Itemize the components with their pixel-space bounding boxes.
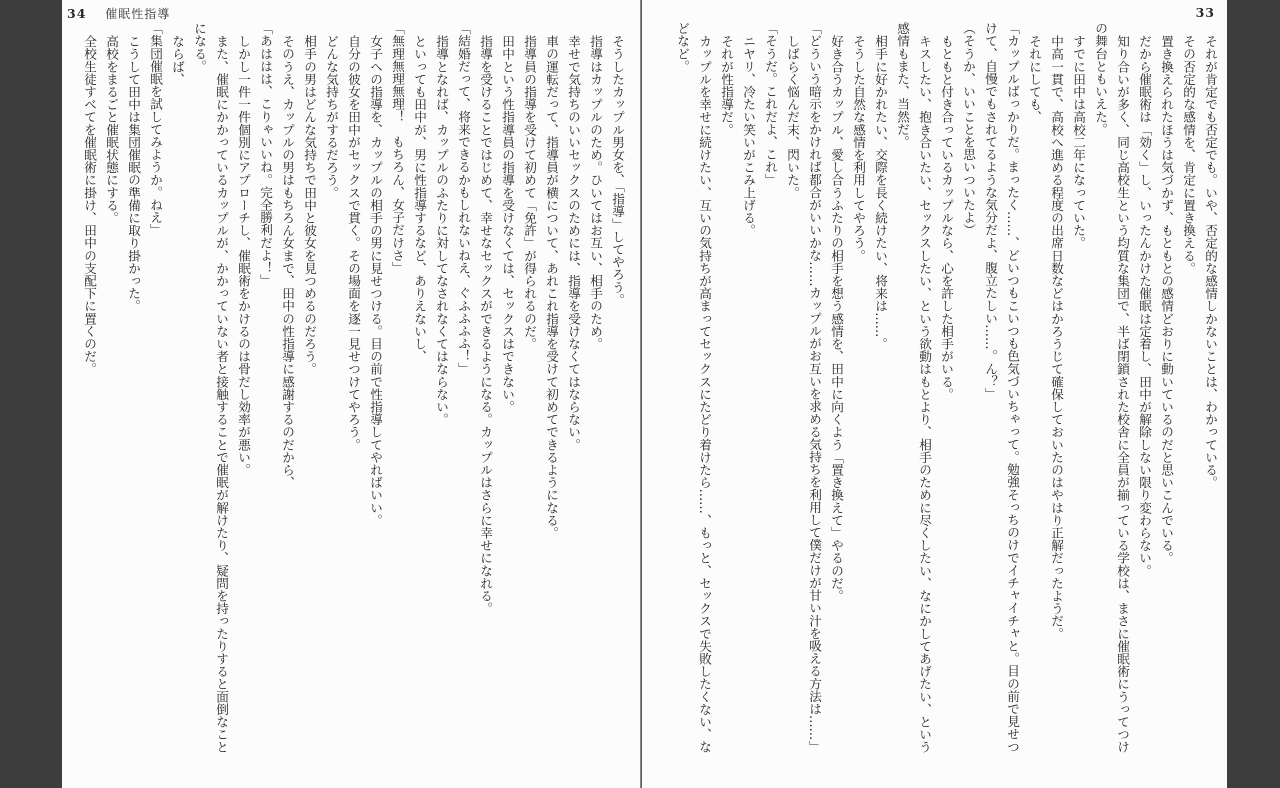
book-spread: 34 催眠性指導 そうしたカップル男女を、「指導」してやろう。指導はカップルのた… bbox=[0, 0, 1280, 788]
running-title: 催眠性指導 bbox=[105, 7, 170, 21]
page-number-left: 34 bbox=[67, 6, 86, 21]
text-line: 「結婚だって、将来できるかもしれないねえ、ぐふふふふ！」 bbox=[452, 22, 474, 764]
text-line: それにしても、 bbox=[1023, 22, 1045, 764]
text-line: そうした自然な感情を利用してやろう。 bbox=[847, 22, 869, 764]
text-line: その否定的な感情を、肯定に置き換える。 bbox=[1177, 22, 1199, 764]
page-33: 33 それが肯定でも否定でも。いや、否定的な感情しかないことは、わかっている。そ… bbox=[642, 0, 1227, 788]
text-line: 全校生徒すべてを催眠術に掛け、田中の支配下に置くのだ。 bbox=[78, 22, 100, 764]
text-line: 「集団催眠を試してみようか。ねえ」 bbox=[144, 22, 166, 764]
text-line: 「そうだ。これだよ、これ」 bbox=[759, 22, 781, 764]
text-line: どんな気持ちがするだろう。 bbox=[320, 22, 342, 764]
text-line: 指導員の指導を受けて初めて「免許」が得られるのだ。 bbox=[518, 22, 540, 764]
text-line: しばらく悩んだ末、閃いた。 bbox=[781, 22, 803, 764]
text-line: 指導を受けることではじめて、幸せなセックスができるようになる。カップルはさらに幸… bbox=[474, 22, 496, 764]
text-line: 指導はカップルのため。ひいてはお互い、相手のため。 bbox=[584, 22, 606, 764]
text-line: 「カップルばっかりだ。まったく……、どいつもこいつも色気づいちゃって。勉強そっち… bbox=[979, 22, 1023, 764]
text-line: 「あははは、こりゃいいね。完全勝利だよ！」 bbox=[254, 22, 276, 764]
text-line: カップルを幸せに続けたい、互いの気持ちが高まってセックスにたどり着けたら……、も… bbox=[671, 22, 715, 764]
page-34-text: そうしたカップル男女を、「指導」してやろう。指導はカップルのため。ひいてはお互い… bbox=[74, 22, 628, 764]
text-line: 女子への指導を、カップルの相手の男に見せつける。目の前で性指導してやればいい。 bbox=[364, 22, 386, 764]
text-line: すでに田中は高校二年になっていた。 bbox=[1067, 22, 1089, 764]
text-line: 「どういう暗示をかければ都合がいいかな……カップルがお互いを求める気持ちを利用し… bbox=[803, 22, 825, 764]
text-line: それが肯定でも否定でも。いや、否定的な感情しかないことは、わかっている。 bbox=[1199, 22, 1221, 764]
text-line: 相手に好かれたい、交際を長く続けたい、将来は……。 bbox=[869, 22, 891, 764]
text-line: 幸せで気持ちのいいセックスのためには、指導を受けなくてはならない。 bbox=[562, 22, 584, 764]
text-line: といっても田中が、男に性指導するなど、ありえないし、 bbox=[408, 22, 430, 764]
text-line: 好き合うカップル、愛し合うふたりの相手を想う感情を、田中に向くよう「置き換えて」… bbox=[825, 22, 847, 764]
text-line: 「無理無理無理！ もちろん、女子だけさ」 bbox=[386, 22, 408, 764]
page-number-right: 33 bbox=[1196, 5, 1215, 20]
text-line: そうしたカップル男女を、「指導」してやろう。 bbox=[606, 22, 628, 764]
text-line: しかし一件一件個別にアプローチし、催眠術をかけるのは骨だし効率が悪い。 bbox=[232, 22, 254, 764]
text-line: 置き換えられたほうは気づかず、もともとの感情どおりに動いているのだと思いこんでい… bbox=[1155, 22, 1177, 764]
text-line: キスしたい、抱き合いたい、セックスしたい、という欲動はもとより、相手のために尽く… bbox=[891, 22, 935, 764]
text-line: ニヤリ、冷たい笑いがこみ上げる。 bbox=[737, 22, 759, 764]
text-line: そのうえ、カップルの男はもちろん女まで、田中の性指導に感謝するのだから、 bbox=[276, 22, 298, 764]
text-line: 自分の彼女を田中がセックスで貫く。その場面を逐一見せつけてやろう。 bbox=[342, 22, 364, 764]
text-line: 相手の男はどんな気持ちで田中と彼女を見つめるのだろう。 bbox=[298, 22, 320, 764]
text-line: 車の運転だって、指導員が横について、あれこれ指導を受けて初めてできるようになる。 bbox=[540, 22, 562, 764]
text-line: 中高一貫で、高校へ進める程度の出席日数などはかろうじて確保しておいたのはやはり正… bbox=[1045, 22, 1067, 764]
page-33-header: 33 bbox=[1196, 5, 1215, 20]
text-line: だから催眠術は「効く」し、いったんかけた催眠は定着し、田中が解除しない限り変わら… bbox=[1133, 22, 1155, 764]
text-line: 指導となれば、カップルのふたりに対してなされなくてはならない。 bbox=[430, 22, 452, 764]
page-34-header: 34 催眠性指導 bbox=[67, 5, 170, 22]
text-line: 田中という性指導員の指導を受けなくては、セックスはできない。 bbox=[496, 22, 518, 764]
text-line: それが性指導だ。 bbox=[715, 22, 737, 764]
text-line: もともと付き合っているカップルなら、心を許した相手がいる。 bbox=[935, 22, 957, 764]
text-line: こうして田中は集団催眠の準備に取り掛かった。 bbox=[122, 22, 144, 764]
text-line: また、催眠にかかっているカップルが、かかっていない者と接触することで催眠が解けた… bbox=[188, 22, 232, 764]
text-line: （そうか、いいことを思いついたよ） bbox=[957, 22, 979, 764]
page-34: 34 催眠性指導 そうしたカップル男女を、「指導」してやろう。指導はカップルのた… bbox=[62, 0, 640, 788]
text-line: ならば、 bbox=[166, 22, 188, 764]
page-33-text: それが肯定でも否定でも。いや、否定的な感情しかないことは、わかっている。その否定… bbox=[667, 22, 1221, 764]
text-line: 高校をまるごと催眠状態にする。 bbox=[100, 22, 122, 764]
text-line: 知り合いが多く、同じ高校生という均質な集団で、半ば閉鎖された校舎に全員が揃ってい… bbox=[1089, 22, 1133, 764]
